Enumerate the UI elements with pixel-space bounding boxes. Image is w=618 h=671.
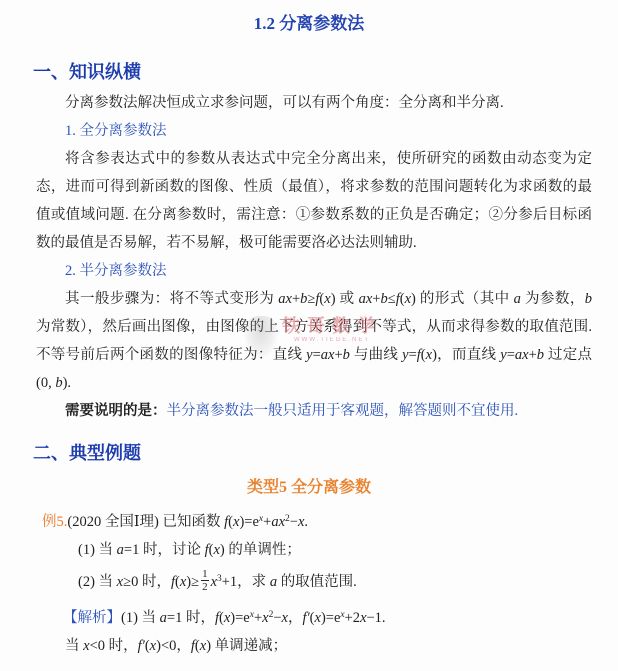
full-separation-paragraph: 将含参表达式中的参数从表达式中完全分离出来，使所研究的函数由动态变为定态，进而可… — [36, 145, 592, 257]
note-prefix: 需要说明的是： — [65, 403, 167, 419]
note-paragraph: 需要说明的是：半分离参数法一般只适用于客观题，解答题则不宜使用. — [36, 397, 592, 425]
section1-body: 分离参数法解决恒成立求参问题，可以有两个角度：全分离和半分离. 1. 全分离参数… — [36, 89, 592, 425]
type-label: 类型5 全分离参数 — [0, 478, 618, 498]
subheading-full-separation: 1. 全分离参数法 — [65, 117, 592, 145]
example-label: 例5. — [42, 514, 67, 530]
example-question-2: (2) 当 x≥0 时，f(x)≥12x3+1，求 a 的取值范围. — [78, 564, 594, 600]
note-blue-text: 半分离参数法一般只适用于客观题，解答题则不宜使用. — [167, 403, 519, 419]
solution-line-1: 【解析】(1) 当 a=1 时，f(x)=ex+x2−x，f′(x)=ex+2x… — [63, 604, 594, 632]
example-intro-text: (2020 全国Ⅰ理) 已知函数 f(x)=ex+ax2−x. — [67, 514, 308, 530]
solution-line-2: 当 x<0 时，f′(x)<0，f(x) 单调递减； — [65, 632, 594, 660]
solution-label: 【解析】 — [63, 610, 121, 626]
section1-heading: 一、知识纵横 — [33, 61, 618, 83]
intro-paragraph: 分离参数法解决恒成立求参问题，可以有两个角度：全分离和半分离. — [36, 89, 592, 117]
example-intro: 例5.(2020 全国Ⅰ理) 已知函数 f(x)=ex+ax2−x. — [42, 508, 594, 536]
page-title: 1.2 分离参数法 — [0, 0, 618, 34]
subheading-half-separation: 2. 半分离参数法 — [65, 257, 592, 285]
document-page: 1.2 分离参数法 一、知识纵横 分离参数法解决恒成立求参问题，可以有两个角度：… — [0, 0, 618, 671]
example-question-1: (1) 当 a=1 时，讨论 f(x) 的单调性； — [78, 536, 594, 564]
half-separation-paragraph: 其一般步骤为：将不等式变形为 ax+b≥f(x) 或 ax+b≤f(x) 的形式… — [36, 285, 592, 397]
solution-line-1-text: (1) 当 a=1 时，f(x)=ex+x2−x，f′(x)=ex+2x−1. — [121, 610, 386, 626]
section2-heading: 二、典型例题 — [33, 442, 618, 464]
